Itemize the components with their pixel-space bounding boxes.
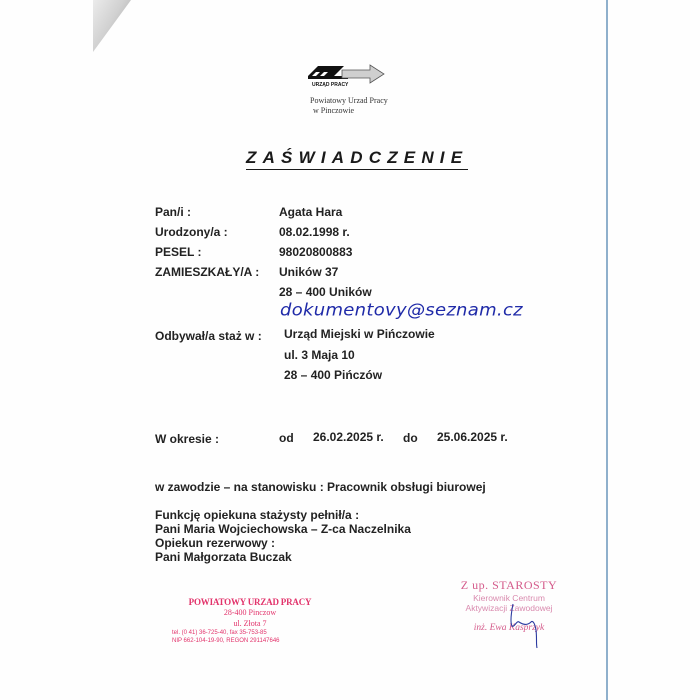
employer-line2: ul. 3 Maja 10 <box>284 348 355 362</box>
urzad-pracy-logo-icon: URZĄD PRACY <box>306 62 386 88</box>
stamp-on-behalf: Z up. STAROSTY <box>444 578 574 593</box>
address-line2: 28 – 400 Uników <box>279 285 372 299</box>
stamp-phone: tel. (0 41) 36-725-40, fax 35-753-85 <box>170 630 330 636</box>
internship-label: Odbywał/a staż w : <box>155 329 262 343</box>
handwritten-email: dokumentovy@seznam.cz <box>280 301 523 321</box>
born-label: Urodzony/a : <box>155 225 228 239</box>
period-label: W okresie : <box>155 432 219 446</box>
stamp-street: ul. Złota 7 <box>170 619 330 628</box>
pesel-value: 98020800883 <box>279 245 352 259</box>
org-name-line1: Powiatowy Urzad Pracy <box>310 96 388 106</box>
period-from-date: 26.02.2025 r. <box>313 430 384 444</box>
document-page: URZĄD PRACY Powiatowy Urzad Pracy w Pinc… <box>0 0 700 700</box>
document-title: ZAŚWIADCZENIE <box>246 148 468 170</box>
page-corner-shadow <box>93 0 131 52</box>
supervisor-line4: Pani Małgorzata Buczak <box>155 550 292 564</box>
page-edge-line <box>606 0 608 700</box>
org-name-line2: w Pinczowie <box>310 106 388 116</box>
office-stamp: POWIATOWY URZAD PRACY 28-400 Pinczow ul.… <box>170 597 330 644</box>
address-label: ZAMIESZKAŁY/A : <box>155 265 259 279</box>
born-value: 08.02.1998 r. <box>279 225 350 239</box>
period-to-label: do <box>403 431 418 445</box>
signature-icon <box>505 600 545 650</box>
supervisor-line2: Pani Maria Wojciechowska – Z-ca Naczelni… <box>155 522 411 536</box>
svg-text:URZĄD PRACY: URZĄD PRACY <box>312 82 349 88</box>
stamp-tax-ids: NIP 662-104-19-90, REGON 291147646 <box>170 638 330 644</box>
supervisor-line3: Opiekun rezerwowy : <box>155 536 275 550</box>
stamp-postcode: 28-400 Pinczow <box>170 608 330 617</box>
name-value: Agata Hara <box>279 205 342 219</box>
employer-line3: 28 – 400 Pińczów <box>284 368 382 382</box>
org-name: Powiatowy Urzad Pracy w Pinczowie <box>310 96 388 116</box>
stamp-office-name: POWIATOWY URZAD PRACY <box>170 597 330 607</box>
employer-line1: Urząd Miejski w Pińczowie <box>284 327 435 341</box>
address-line1: Uników 37 <box>279 265 338 279</box>
period-to-date: 25.06.2025 r. <box>437 430 508 444</box>
name-label: Pan/i : <box>155 205 191 219</box>
period-from-label: od <box>279 431 294 445</box>
pesel-label: PESEL : <box>155 245 201 259</box>
supervisor-line1: Funkcję opiekuna stażysty pełnił/a : <box>155 508 359 522</box>
position-line: w zawodzie – na stanowisku : Pracownik o… <box>155 480 486 494</box>
